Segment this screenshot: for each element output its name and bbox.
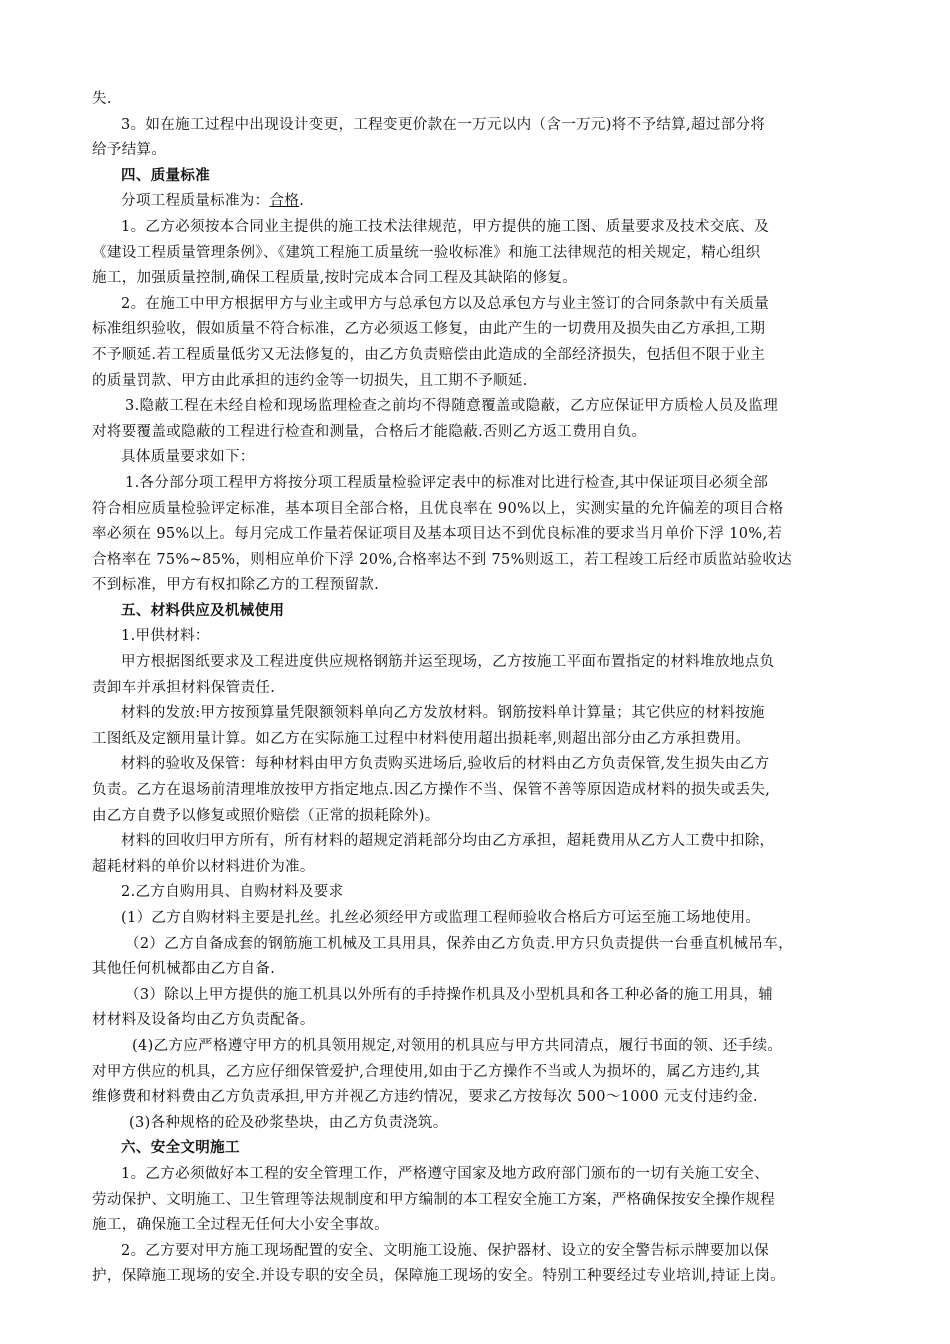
text-line: 由乙方自费予以修复或照价赔偿（正常的损耗除外)。 [92,804,880,830]
text-line: 负责。乙方在退场前清理堆放按甲方指定地点.因乙方操作不当、保管不善等原因造成材料… [92,778,880,804]
text-line: 3.隐蔽工程在未经自检和现场监理检查之前均不得随意覆盖或隐蔽，乙方应保证甲方质检… [92,394,880,420]
quality-standard-label: 分项工程质量标准为： [121,193,270,209]
text-line: 1.各分部分项工程甲方将按分项工程质量检验评定表中的标准对比进行检查,其中保证项… [92,471,880,497]
text-line: 分项工程质量标准为：合格. [92,189,880,215]
section-heading-quality-standard: 四、质量标准 [92,164,880,190]
text-line: (1）乙方自购材料主要是扎丝。扎丝必须经甲方或监理工程师验收合格后方可运至施工场… [92,906,880,932]
text-line: 1.甲供材料： [92,624,880,650]
text-line: 材料的验收及保管：每种材料由甲方负责购买进场后,验收后的材料由乙方负责保管,发生… [92,752,880,778]
section-heading-safety: 六、安全文明施工 [92,1136,880,1162]
text-line: 劳动保护、文明施工、卫生管理等法规制度和甲方编制的本工程安全施工方案，严格确保按… [92,1188,880,1214]
text-line: 率必须在 95%以上。每月完成工作量若保证项目及基本项目达不到优良标准的要求当月… [92,522,880,548]
text-line: 其他任何机械都由乙方自备. [92,957,880,983]
punct: . [299,193,304,209]
text-line: 材材料及设备均由乙方负责配备。 [92,1008,880,1034]
text-line: 失. [92,87,880,113]
text-line: 对将要覆盖或隐蔽的工程进行检查和测量，合格后才能隐蔽.否则乙方返工费用自负。 [92,420,880,446]
text-line: 超耗材料的单价以材料进价为准。 [92,855,880,881]
text-line: 施工，确保施工全过程无任何大小安全事故。 [92,1213,880,1239]
text-line: 材料的发放:甲方按预算量凭限额领料单向乙方发放材料。钢筋按料单计算量；其它供应的… [92,701,880,727]
text-line: （2）乙方自备成套的钢筋施工机械及工具用具，保养由乙方负责.甲方只负责提供一台垂… [92,932,880,958]
document-page: 失. 3。如在施工过程中出现设计变更，工程变更价款在一万元以内（含一万元)将不予… [92,87,880,1290]
text-line: （3）除以上甲方提供的施工机具以外所有的手持操作机具及小型机具和各工种必备的施工… [92,983,880,1009]
text-line: 责卸车并承担材料保管责任. [92,676,880,702]
text-line: 具体质量要求如下： [92,445,880,471]
text-line: 不到标准，甲方有权扣除乙方的工程预留款. [92,573,880,599]
text-line: 1。乙方必须做好本工程的安全管理工作，严格遵守国家及地方政府部门颁布的一切有关施… [92,1162,880,1188]
section-heading-materials: 五、材料供应及机械使用 [92,599,880,625]
text-line: 施工，加强质量控制,确保工程质量,按时完成本合同工程及其缺陷的修复。 [92,266,880,292]
text-line: 工图纸及定额用量计算。如乙方在实际施工过程中材料使用超出损耗率,则超出部分由乙方… [92,727,880,753]
text-line: 对甲方供应的机具，乙方应仔细保管爱护,合理使用,如由于乙方操作不当或人为损坏的，… [92,1060,880,1086]
text-line: 1。乙方必须按本合同业主提供的施工技术法律规范，甲方提供的施工图、质量要求及技术… [92,215,880,241]
text-line: 2.乙方自购用具、自购材料及要求 [92,880,880,906]
text-line: 标准组织验收，假如质量不符合标准，乙方必须返工修复，由此产生的一切费用及损失由乙… [92,317,880,343]
text-line: (3)各种规格的砼及砂浆垫块，由乙方负责浇筑。 [92,1111,880,1137]
text-line: 合格率在 75%~85%，则相应单价下浮 20%,合格率达不到 75%则返工，若… [92,548,880,574]
text-line: 《建设工程质量管理条例》、《建筑工程施工质量统一验收标准》和施工法律规范的相关规… [92,241,880,267]
text-line: 甲方根据图纸要求及工程进度供应规格钢筋并运至现场，乙方按施工平面布置指定的材料堆… [92,650,880,676]
quality-standard-value: 合格 [270,193,300,209]
text-line: 不予顺延.若工程质量低劣又无法修复的，由乙方负责赔偿由此造成的全部经济损失，包括… [92,343,880,369]
text-line: 给予结算。 [92,138,880,164]
text-line: 材料的回收归甲方所有，所有材料的超规定消耗部分均由乙方承担，超耗费用从乙方人工费… [92,829,880,855]
text-line: 护，保障施工现场的安全.并设专职的安全员，保障施工现场的安全。特别工种要经过专业… [92,1264,880,1290]
text-line: 符合相应质量检验评定标准，基本项目全部合格，且优良率在 90%以上，实测实量的允… [92,497,880,523]
text-line: 2。在施工中甲方根据甲方与业主或甲方与总承包方以及总承包方与业主签订的合同条款中… [92,292,880,318]
text-line: 的质量罚款、甲方由此承担的违约金等一切损失，且工期不予顺延. [92,369,880,395]
text-line: 2。乙方要对甲方施工现场配置的安全、文明施工设施、保护器材、设立的安全警告标示牌… [92,1239,880,1265]
text-line: (4)乙方应严格遵守甲方的机具领用规定,对领用的机具应与甲方共同清点，履行书面的… [92,1034,880,1060]
text-line: 3。如在施工过程中出现设计变更，工程变更价款在一万元以内（含一万元)将不予结算,… [92,113,880,139]
text-line: 维修费和材料费由乙方负责承担,甲方并视乙方违约情况，要求乙方按每次 500～10… [92,1085,880,1111]
